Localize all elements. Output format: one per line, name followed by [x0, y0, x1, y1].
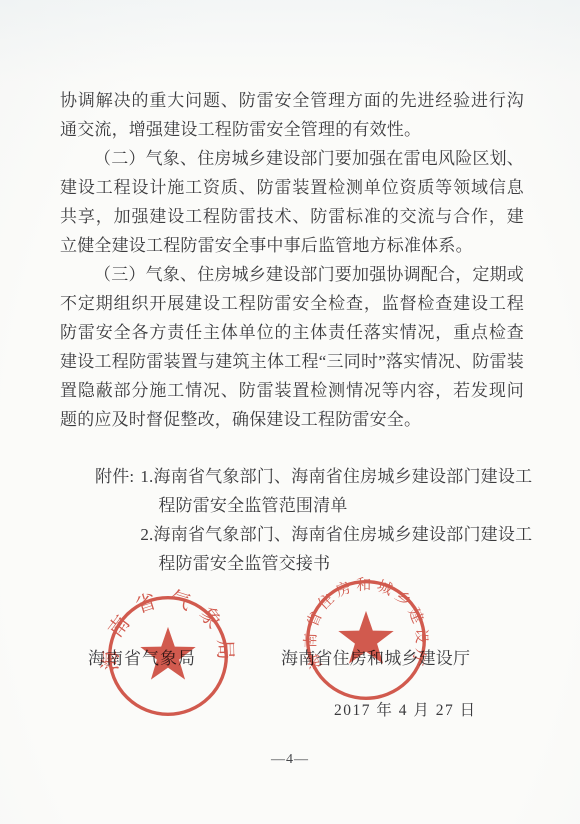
seal-star-icon: [338, 611, 393, 664]
paragraph-item-3: （三）气象、住房城乡建设部门要加强协调配合，定期或不定期组织开展建设工程防雷安全…: [60, 260, 524, 434]
document-page: 协调解决的重大问题、防雷安全管理方面的先进经验进行沟通交流，增强建设工程防雷安全…: [0, 0, 580, 824]
paragraph-continuation: 协调解决的重大问题、防雷安全管理方面的先进经验进行沟通交流，增强建设工程防雷安全…: [60, 86, 524, 144]
attachments-block: 附件: 1.海南省气象部门、海南省住房城乡建设部门建设工程防雷安全监管范围清单 …: [95, 462, 527, 578]
attachment-item-1: 1.海南省气象部门、海南省住房城乡建设部门建设工程防雷安全监管范围清单: [140, 462, 532, 520]
attachments-list: 1.海南省气象部门、海南省住房城乡建设部门建设工程防雷安全监管范围清单 2.海南…: [140, 462, 532, 578]
attachment-item-2: 2.海南省气象部门、海南省住房城乡建设部门建设工程防雷安全监管交接书: [140, 520, 532, 578]
body-text: 协调解决的重大问题、防雷安全管理方面的先进经验进行沟通交流，增强建设工程防雷安全…: [60, 86, 524, 434]
seal-star-icon: [140, 627, 195, 680]
official-seal-housing-department-icon: 海南省住房和城乡建设厅: [298, 572, 434, 708]
official-seal-meteorological-bureau-icon: 海南省气象局: [100, 588, 236, 724]
page-number: —4—: [0, 752, 580, 768]
attachments-label: 附件:: [95, 462, 140, 491]
paragraph-item-2: （二）气象、住房城乡建设部门要加强在雷电风险区划、建设工程设计施工资质、防雷装置…: [60, 144, 524, 260]
